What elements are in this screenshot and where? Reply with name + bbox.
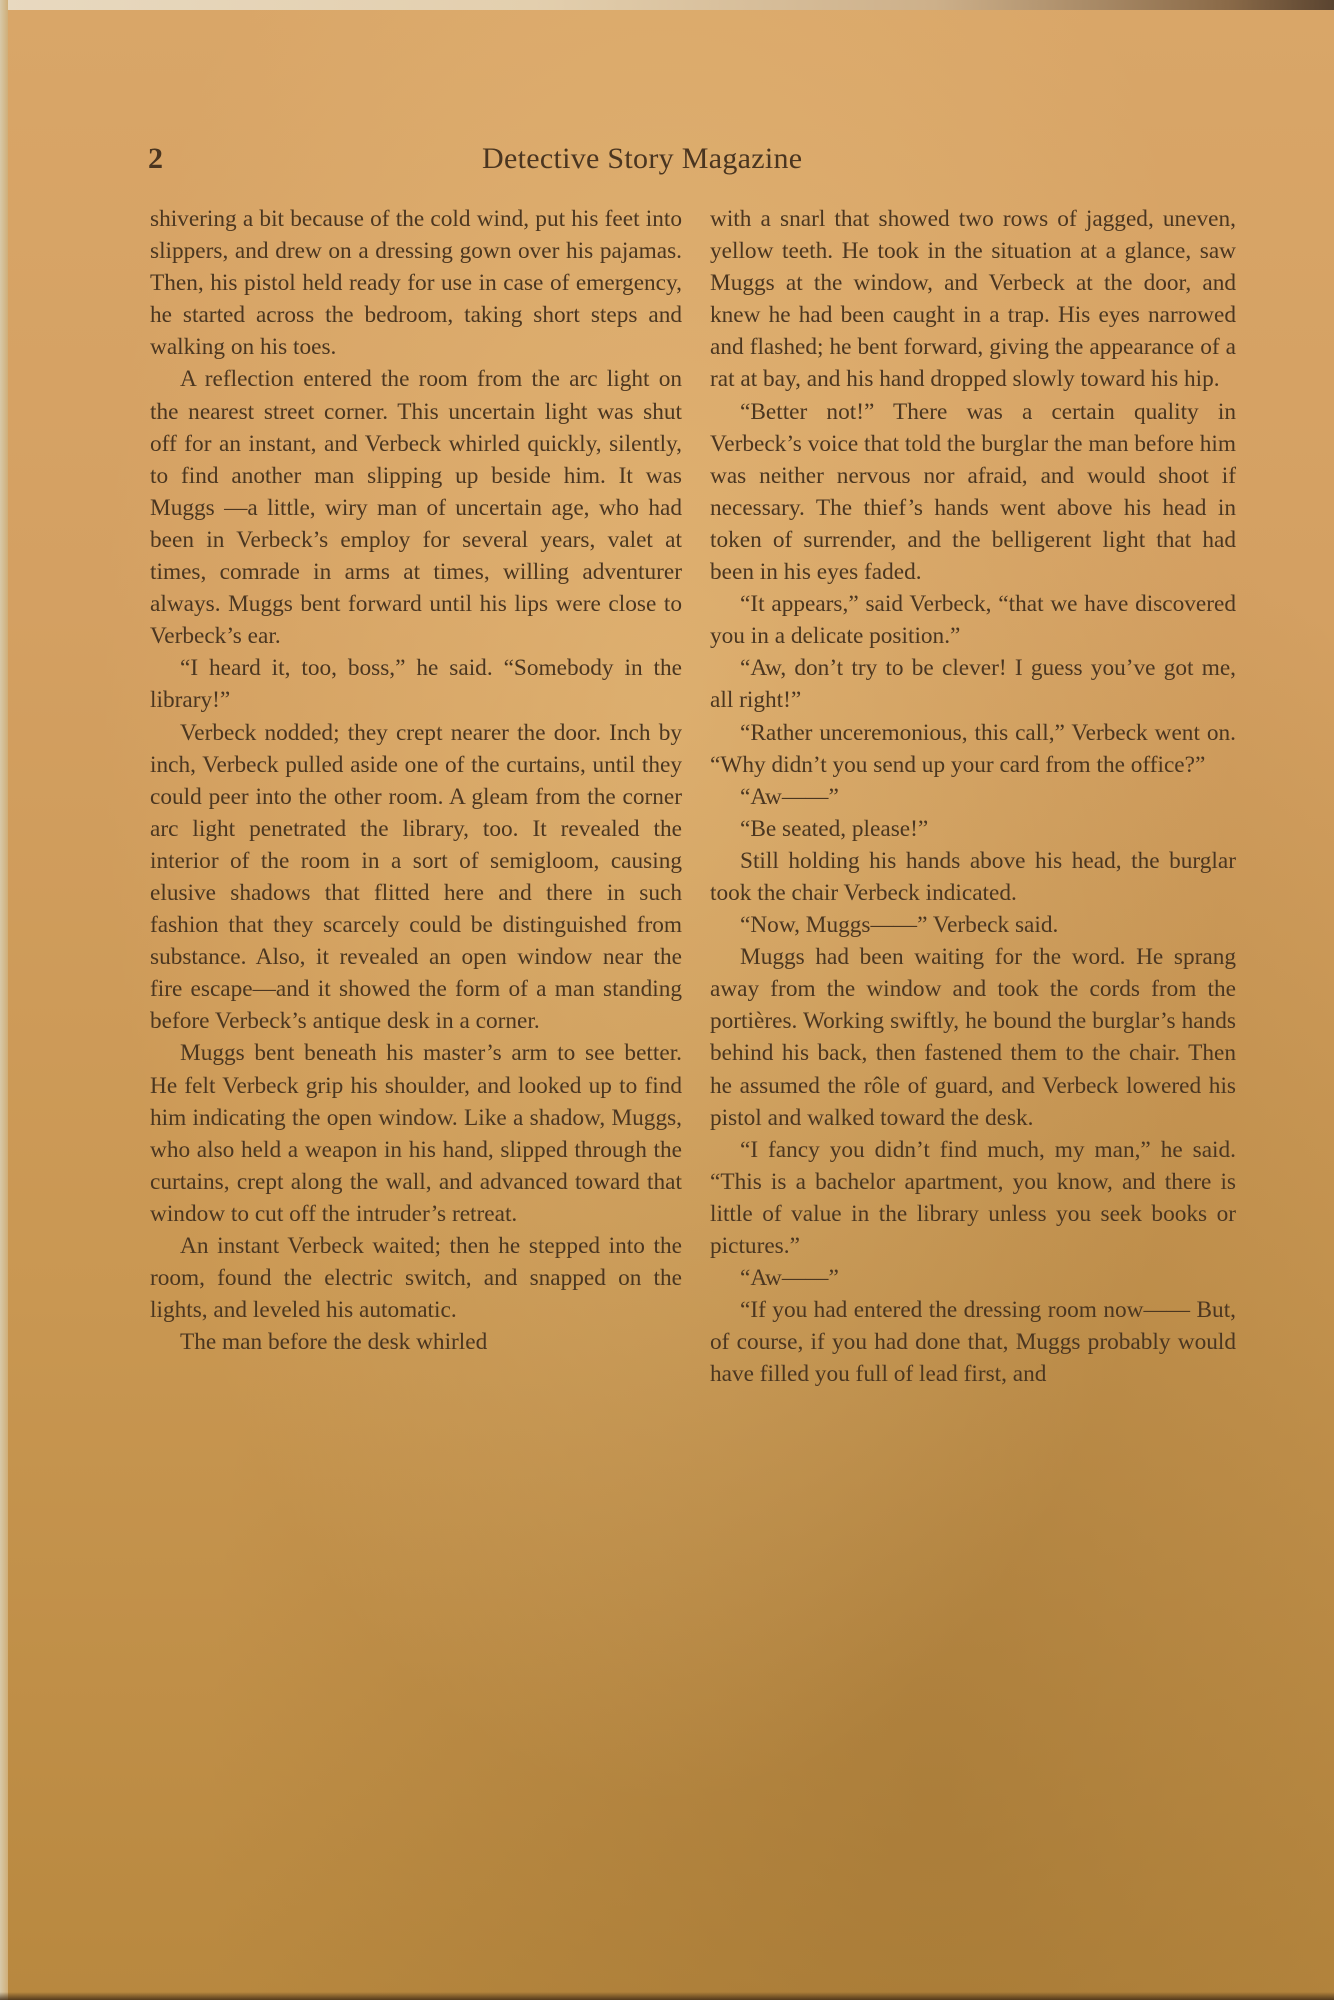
magazine-title: Detective Story Magazine [482,142,802,176]
paragraph: “Be seated, please!” [710,813,1236,845]
paragraph: A reflection entered the room from the a… [150,363,682,652]
paragraph: An instant Verbeck waited; then he stepp… [150,1230,682,1326]
paragraph: “Now, Muggs——” Verbeck said. [710,909,1236,941]
paragraph: with a snarl that showed two rows of jag… [710,203,1236,396]
paragraph: The man before the desk whirled [150,1326,682,1358]
paragraph: “I fancy you didn’t find much, my man,” … [710,1134,1236,1262]
running-head: 2 Detective Story Magazine [146,142,1238,182]
paragraph: “Better not!” There was a certain qualit… [710,396,1236,589]
paragraph: “Aw, don’t try to be clever! I guess you… [710,652,1236,716]
paragraph: Muggs had been waiting for the word. He … [710,941,1236,1134]
page-left-edge [0,0,8,2000]
paragraph: “If you had entered the dressing room no… [710,1294,1236,1390]
paragraph: Muggs bent beneath his master’s arm to s… [150,1037,682,1230]
paragraph: Still holding his hands above his head, … [710,845,1236,909]
page-number: 2 [148,142,163,176]
page-bottom-edge [0,1992,1334,2000]
paragraph: “Rather unceremonious, this call,” Verbe… [710,717,1236,781]
paragraph: “It appears,” said Verbeck, “that we hav… [710,588,1236,652]
left-text-column: shivering a bit because of the cold wind… [150,203,682,1358]
paragraph: Verbeck nodded; they crept nearer the do… [150,717,682,1038]
paragraph: shivering a bit because of the cold wind… [150,203,682,363]
paragraph: “Aw——” [710,1262,1236,1294]
paragraph: “I heard it, too, boss,” he said. “Someb… [150,652,682,716]
page-top-edge [0,0,1334,10]
magazine-page: 2 Detective Story Magazine shivering a b… [0,0,1334,2000]
paragraph: “Aw——” [710,781,1236,813]
right-text-column: with a snarl that showed two rows of jag… [710,203,1236,1390]
